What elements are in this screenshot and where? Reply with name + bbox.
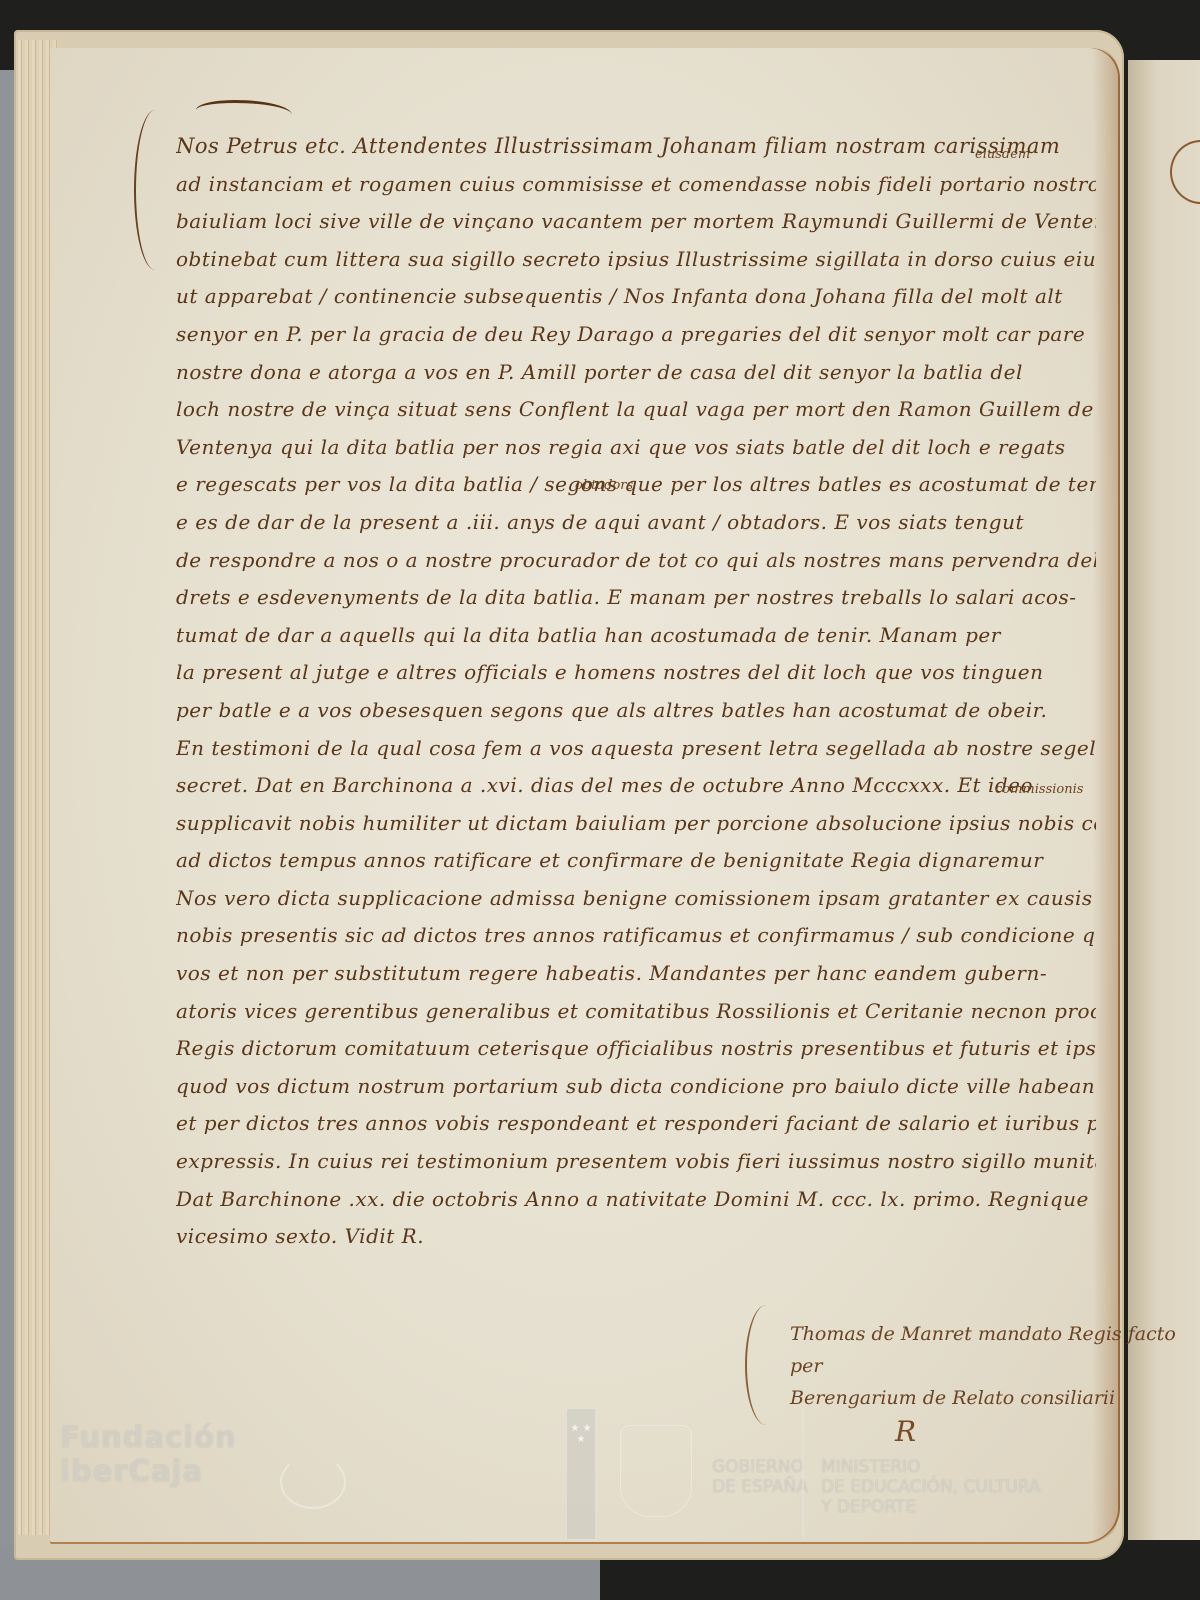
text-line-16: per batle e a vos obesesquen segons que … — [176, 692, 1096, 730]
text-line-27: et per dictos tres annos vobis respondea… — [176, 1105, 1096, 1143]
text-line-9: Ventenya qui la dita batlia per nos regi… — [176, 429, 1096, 467]
signature-line-1: Thomas de Manret mandato Regis facto per — [790, 1318, 1200, 1382]
folio-mark: R — [895, 1415, 916, 1448]
text-line-10: e regescats per vos la dita batlia / seg… — [176, 466, 1096, 504]
signature-bracket — [745, 1305, 787, 1425]
text-line-26: quod vos dictum nostrum portarium sub di… — [176, 1068, 1096, 1106]
text-line-24: atoris vices gerentibus generalibus et c… — [176, 993, 1096, 1031]
spain-flag-bar-icon: ★ ★ ★ — [566, 1408, 596, 1540]
text-line-18: secret. Dat en Barchinona a .xvi. dias d… — [176, 767, 1096, 805]
manuscript-text: Nos Petrus etc. Attendentes Illustrissim… — [176, 128, 1096, 1256]
text-line-6: senyor en P. per la gracia de deu Rey Da… — [176, 316, 1096, 354]
ministerio-watermark: MINISTERIO DE EDUCACIÓN, CULTURA Y DEPOR… — [821, 1457, 1041, 1517]
watermark-min-line1: MINISTERIO — [821, 1457, 1041, 1477]
text-line-7: nostre dona e atorga a vos en P. Amill p… — [176, 354, 1096, 392]
facing-page-flourish — [1170, 140, 1200, 204]
initial-flourish-left — [134, 110, 176, 270]
text-line-20: ad dictos tempus annos ratificare et con… — [176, 842, 1096, 880]
watermark-foundation-line1: Fundación — [60, 1420, 237, 1454]
signature-line-2: Berengarium de Relato consiliarii — [790, 1382, 1200, 1414]
text-line-22: nobis presentis sic ad dictos tres annos… — [176, 917, 1096, 955]
ibercaja-logo-icon — [280, 1455, 346, 1509]
text-line-2: ad instanciam et rogamen cuius commisiss… — [176, 166, 1096, 204]
text-line-13: drets e esdevenyments de la dita batlia.… — [176, 579, 1096, 617]
watermark-foundation-line2: iberCaja — [60, 1454, 237, 1488]
text-line-8: loch nostre de vinça situat sens Conflen… — [176, 391, 1096, 429]
text-line-4: obtinebat cum littera sua sigillo secret… — [176, 241, 1096, 279]
text-line-19: supplicavit nobis humiliter ut dictam ba… — [176, 805, 1096, 843]
text-line-21: Nos vero dicta supplicacione admissa ben… — [176, 880, 1096, 918]
watermark-gov-line2: DE ESPAÑA — [712, 1477, 808, 1497]
interlinear-note-3: commissionis — [995, 782, 1083, 797]
text-line-11: e es de dar de la present a .iii. anys d… — [176, 504, 1096, 542]
watermark-min-line2: DE EDUCACIÓN, CULTURA — [821, 1477, 1041, 1497]
flag-stars: ★ ★ ★ — [567, 1423, 595, 1445]
spain-coat-of-arms-icon — [620, 1425, 692, 1517]
text-line-12: de respondre a nos o a nostre procurador… — [176, 542, 1096, 580]
text-line-29: Dat Barchinone .xx. die octobris Anno a … — [176, 1181, 1096, 1219]
watermark-divider — [802, 1408, 804, 1538]
signature-block: Thomas de Manret mandato Regis facto per… — [790, 1318, 1200, 1414]
watermark-min-line3: Y DEPORTE — [821, 1497, 1041, 1517]
text-line-3: baiuliam loci sive ville de vinçano vaca… — [176, 203, 1096, 241]
text-line-30: vicesimo sexto. Vidit R. — [176, 1218, 1096, 1256]
text-line-1: Nos Petrus etc. Attendentes Illustrissim… — [176, 128, 1096, 166]
text-line-28: expressis. In cuius rei testimonium pres… — [176, 1143, 1096, 1181]
gobierno-de-espana-watermark: GOBIERNO DE ESPAÑA — [712, 1457, 808, 1497]
watermark-gov-line1: GOBIERNO — [712, 1457, 808, 1477]
text-line-15: la present al jutge e altres officials e… — [176, 654, 1096, 692]
text-line-5: ut apparebat / continencie subsequentis … — [176, 278, 1096, 316]
fundacion-ibercaja-watermark: Fundación iberCaja — [60, 1420, 237, 1488]
text-line-17: En testimoni de la qual cosa fem a vos a… — [176, 730, 1096, 768]
interlinear-note-1: eiusdem — [975, 147, 1030, 162]
interlinear-note-2: obtadors — [575, 478, 633, 493]
text-line-25: Regis dictorum comitatuum ceterisque off… — [176, 1030, 1096, 1068]
text-line-14: tumat de dar a aquells qui la dita batli… — [176, 617, 1096, 655]
text-line-23: vos et non per substitutum regere habeat… — [176, 955, 1096, 993]
